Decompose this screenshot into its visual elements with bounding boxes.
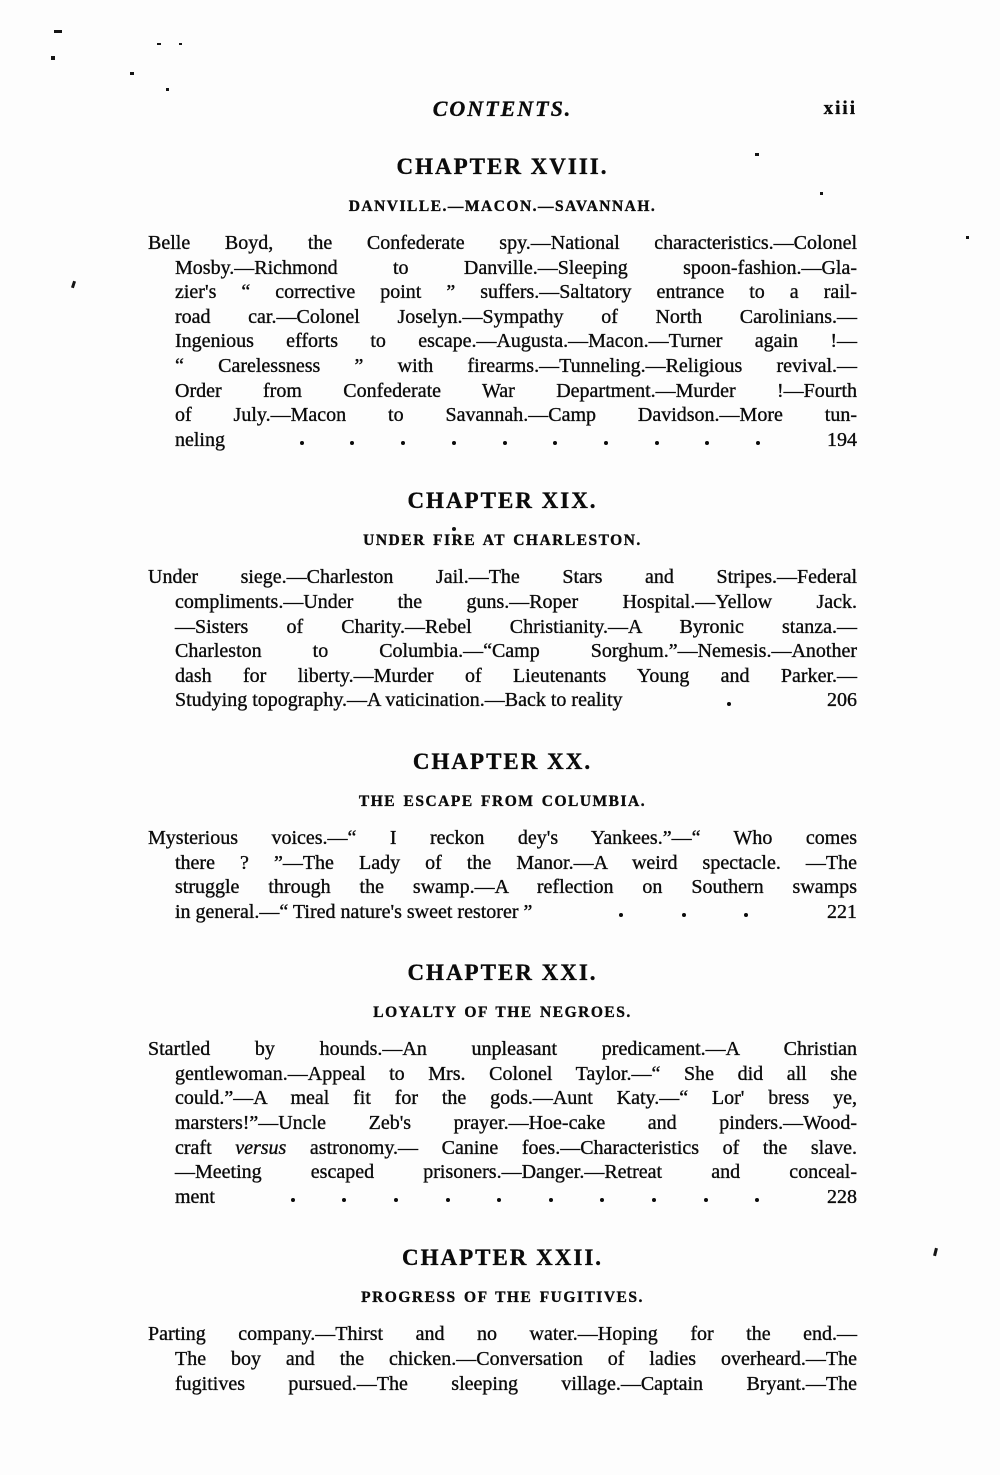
summary-line-text: Order from Confederate War Department.—M… bbox=[175, 380, 857, 402]
scan-speck bbox=[71, 281, 76, 289]
summary-line: road car.—Colonel Joselyn.—Sympathy of N… bbox=[148, 305, 857, 330]
summary-line-text: neling bbox=[175, 428, 225, 453]
summary-line: Mosby.—Richmond to Danville.—Sleeping sp… bbox=[148, 256, 857, 281]
summary-line: Mysterious voices.—“ I reckon dey's Yank… bbox=[148, 826, 857, 851]
chapter-section: CHAPTER XIX.UNDER FIRE AT CHARLESTON.Und… bbox=[148, 486, 857, 713]
leader-dots bbox=[225, 428, 817, 453]
chapter-section: CHAPTER XVIII.DANVILLE.—MACON.—SAVANNAH.… bbox=[148, 152, 857, 452]
chapter-subtitle: PROGRESS OF THE FUGITIVES. bbox=[148, 1288, 857, 1308]
leader-dot bbox=[704, 1198, 708, 1202]
leader-dot bbox=[401, 441, 405, 445]
summary-line: Under siege.—Charleston Jail.—The Stars … bbox=[148, 565, 857, 590]
summary-line-text: marsters!”—Uncle Zeb's prayer.—Hoe-cake … bbox=[175, 1112, 857, 1134]
leader-dots bbox=[532, 900, 817, 925]
leader-dots bbox=[623, 688, 817, 713]
leader-dot bbox=[744, 913, 748, 917]
page-ref: 228 bbox=[817, 1185, 857, 1210]
scan-speck bbox=[51, 56, 55, 60]
page-number: xiii bbox=[824, 98, 857, 120]
summary-line: in general.—“ Tired nature's sweet resto… bbox=[148, 900, 857, 925]
summary-line-text: there ? ”—The Lady of the Manor.—A weird… bbox=[175, 852, 857, 874]
leader-dot bbox=[652, 1198, 656, 1202]
summary-line-text: Studying topography.—A vaticination.—Bac… bbox=[175, 688, 623, 713]
chapter-heading: CHAPTER XXII. bbox=[148, 1243, 857, 1273]
leader-dot bbox=[549, 1198, 553, 1202]
leader-dot bbox=[342, 1198, 346, 1202]
summary-line-text: —Sisters of Charity.—Rebel Christianity.… bbox=[175, 616, 857, 638]
contents-page: CONTENTS. xiii CHAPTER XVIII.DANVILLE.—M… bbox=[148, 96, 857, 1396]
leader-dot bbox=[727, 702, 731, 706]
summary-line: neling194 bbox=[148, 428, 857, 453]
summary-line: struggle through the swamp.—A reflection… bbox=[148, 875, 857, 900]
summary-line: The boy and the chicken.—Conversation of… bbox=[148, 1347, 857, 1372]
summary-line: Studying topography.—A vaticination.—Bac… bbox=[148, 688, 857, 713]
chapter-heading: CHAPTER XX. bbox=[148, 747, 857, 777]
summary-line: Parting company.—Thirst and no water.—Ho… bbox=[148, 1322, 857, 1347]
summary-line: zier's “ corrective point ” suffers.—Sal… bbox=[148, 280, 857, 305]
summary-line: —Sisters of Charity.—Rebel Christianity.… bbox=[148, 615, 857, 640]
summary-line: gentlewoman.—Appeal to Mrs. Colonel Tayl… bbox=[148, 1062, 857, 1087]
leader-dot bbox=[619, 913, 623, 917]
summary-line-text: struggle through the swamp.—A reflection… bbox=[175, 876, 857, 898]
book-page: CONTENTS. xiii CHAPTER XVIII.DANVILLE.—M… bbox=[0, 0, 1000, 1475]
chapter-heading: CHAPTER XXI. bbox=[148, 958, 857, 988]
summary-line-text: could.”—A meal fit for the gods.—Aunt Ka… bbox=[175, 1087, 857, 1109]
chapter-subtitle: DANVILLE.—MACON.—SAVANNAH. bbox=[148, 197, 857, 217]
scan-speck bbox=[157, 43, 161, 45]
chapter-section: CHAPTER XXI.LOYALTY OF THE NEGROES.Start… bbox=[148, 958, 857, 1209]
leader-dot bbox=[394, 1198, 398, 1202]
chapter-list: CHAPTER XVIII.DANVILLE.—MACON.—SAVANNAH.… bbox=[148, 152, 857, 1396]
summary-line-text: in general.—“ Tired nature's sweet resto… bbox=[175, 900, 532, 925]
leader-dot bbox=[291, 1198, 295, 1202]
chapter-heading: CHAPTER XIX. bbox=[148, 486, 857, 516]
chapter-summary: Startled by hounds.—An unpleasant predic… bbox=[148, 1037, 857, 1209]
summary-line-text: Under siege.—Charleston Jail.—The Stars … bbox=[148, 566, 857, 588]
scan-speck bbox=[966, 236, 969, 239]
summary-line-text: craft versus astronomy.— Canine foes.—Ch… bbox=[175, 1137, 857, 1159]
summary-line: Belle Boyd, the Confederate spy.—Nationa… bbox=[148, 231, 857, 256]
summary-line-text: fugitives pursued.—The sleeping village.… bbox=[175, 1373, 857, 1395]
summary-line-text: zier's “ corrective point ” suffers.—Sal… bbox=[175, 281, 857, 303]
summary-line-text: The boy and the chicken.—Conversation of… bbox=[175, 1348, 857, 1370]
summary-line: marsters!”—Uncle Zeb's prayer.—Hoe-cake … bbox=[148, 1111, 857, 1136]
scan-speck bbox=[130, 72, 134, 75]
summary-line-text: Parting company.—Thirst and no water.—Ho… bbox=[148, 1323, 857, 1345]
summary-line: could.”—A meal fit for the gods.—Aunt Ka… bbox=[148, 1086, 857, 1111]
scan-speck bbox=[179, 43, 182, 45]
chapter-section: CHAPTER XX.THE ESCAPE FROM COLUMBIA.Myst… bbox=[148, 747, 857, 924]
summary-line-text: Ingenious efforts to escape.—Augusta.—Ma… bbox=[175, 330, 857, 352]
summary-line-text: Charleston to Columbia.—“Camp Sorghum.”—… bbox=[175, 640, 857, 662]
chapter-subtitle: UNDER FIRE AT CHARLESTON. bbox=[148, 531, 857, 551]
leader-dot bbox=[600, 1198, 604, 1202]
leader-dot bbox=[655, 441, 659, 445]
leader-dot bbox=[503, 441, 507, 445]
leader-dot bbox=[497, 1198, 501, 1202]
leader-dot bbox=[756, 441, 760, 445]
summary-line: there ? ”—The Lady of the Manor.—A weird… bbox=[148, 851, 857, 876]
summary-line-text: dash for liberty.—Murder of Lieutenants … bbox=[175, 665, 857, 687]
chapter-summary: Under siege.—Charleston Jail.—The Stars … bbox=[148, 565, 857, 713]
summary-line: Startled by hounds.—An unpleasant predic… bbox=[148, 1037, 857, 1062]
summary-line: compliments.—Under the guns.—Roper Hospi… bbox=[148, 590, 857, 615]
summary-line: —Meeting escaped prisoners.—Danger.—Retr… bbox=[148, 1160, 857, 1185]
summary-line: fugitives pursued.—The sleeping village.… bbox=[148, 1372, 857, 1397]
chapter-summary: Parting company.—Thirst and no water.—Ho… bbox=[148, 1322, 857, 1396]
chapter-subtitle: THE ESCAPE FROM COLUMBIA. bbox=[148, 792, 857, 812]
page-ref: 194 bbox=[817, 428, 857, 453]
summary-line-text: Startled by hounds.—An unpleasant predic… bbox=[148, 1038, 857, 1060]
chapter-summary: Belle Boyd, the Confederate spy.—Nationa… bbox=[148, 231, 857, 452]
leader-dot bbox=[705, 441, 709, 445]
page-ref: 206 bbox=[817, 688, 857, 713]
leader-dot bbox=[300, 441, 304, 445]
summary-line-text: —Meeting escaped prisoners.—Danger.—Retr… bbox=[175, 1161, 857, 1183]
summary-line: ment228 bbox=[148, 1185, 857, 1210]
summary-line: of July.—Macon to Savannah.—Camp Davidso… bbox=[148, 403, 857, 428]
leader-dot bbox=[755, 1198, 759, 1202]
summary-line: “ Carelessness ” with firearms.—Tunnelin… bbox=[148, 354, 857, 379]
leader-dot bbox=[553, 441, 557, 445]
summary-line-text: of July.—Macon to Savannah.—Camp Davidso… bbox=[175, 404, 857, 426]
leader-dots bbox=[215, 1185, 817, 1210]
chapter-subtitle: LOYALTY OF THE NEGROES. bbox=[148, 1003, 857, 1023]
scan-speck bbox=[166, 88, 169, 91]
scan-speck bbox=[933, 1248, 938, 1256]
summary-line-text: gentlewoman.—Appeal to Mrs. Colonel Tayl… bbox=[175, 1063, 857, 1085]
chapter-section: CHAPTER XXII.PROGRESS OF THE FUGITIVES.P… bbox=[148, 1243, 857, 1396]
leader-dot bbox=[446, 1198, 450, 1202]
summary-line-text: Mosby.—Richmond to Danville.—Sleeping sp… bbox=[175, 257, 857, 279]
leader-dot bbox=[682, 913, 686, 917]
scan-speck bbox=[54, 30, 62, 33]
summary-line-text: Belle Boyd, the Confederate spy.—Nationa… bbox=[148, 232, 857, 254]
summary-line: Charleston to Columbia.—“Camp Sorghum.”—… bbox=[148, 639, 857, 664]
leader-dot bbox=[604, 441, 608, 445]
summary-line-text: Mysterious voices.—“ I reckon dey's Yank… bbox=[148, 827, 857, 849]
page-title: CONTENTS. bbox=[148, 96, 857, 122]
summary-line: Order from Confederate War Department.—M… bbox=[148, 379, 857, 404]
chapter-summary: Mysterious voices.—“ I reckon dey's Yank… bbox=[148, 826, 857, 924]
page-ref: 221 bbox=[817, 900, 857, 925]
summary-line-text: road car.—Colonel Joselyn.—Sympathy of N… bbox=[175, 306, 857, 328]
summary-line: Ingenious efforts to escape.—Augusta.—Ma… bbox=[148, 329, 857, 354]
summary-line-text: compliments.—Under the guns.—Roper Hospi… bbox=[175, 591, 857, 613]
summary-line-text: ment bbox=[175, 1185, 215, 1210]
leader-dot bbox=[452, 441, 456, 445]
running-head: CONTENTS. xiii bbox=[148, 96, 857, 124]
leader-dot bbox=[350, 441, 354, 445]
summary-line: dash for liberty.—Murder of Lieutenants … bbox=[148, 664, 857, 689]
chapter-heading: CHAPTER XVIII. bbox=[148, 152, 857, 182]
summary-line-text: “ Carelessness ” with firearms.—Tunnelin… bbox=[175, 355, 857, 377]
summary-line: craft versus astronomy.— Canine foes.—Ch… bbox=[148, 1136, 857, 1161]
